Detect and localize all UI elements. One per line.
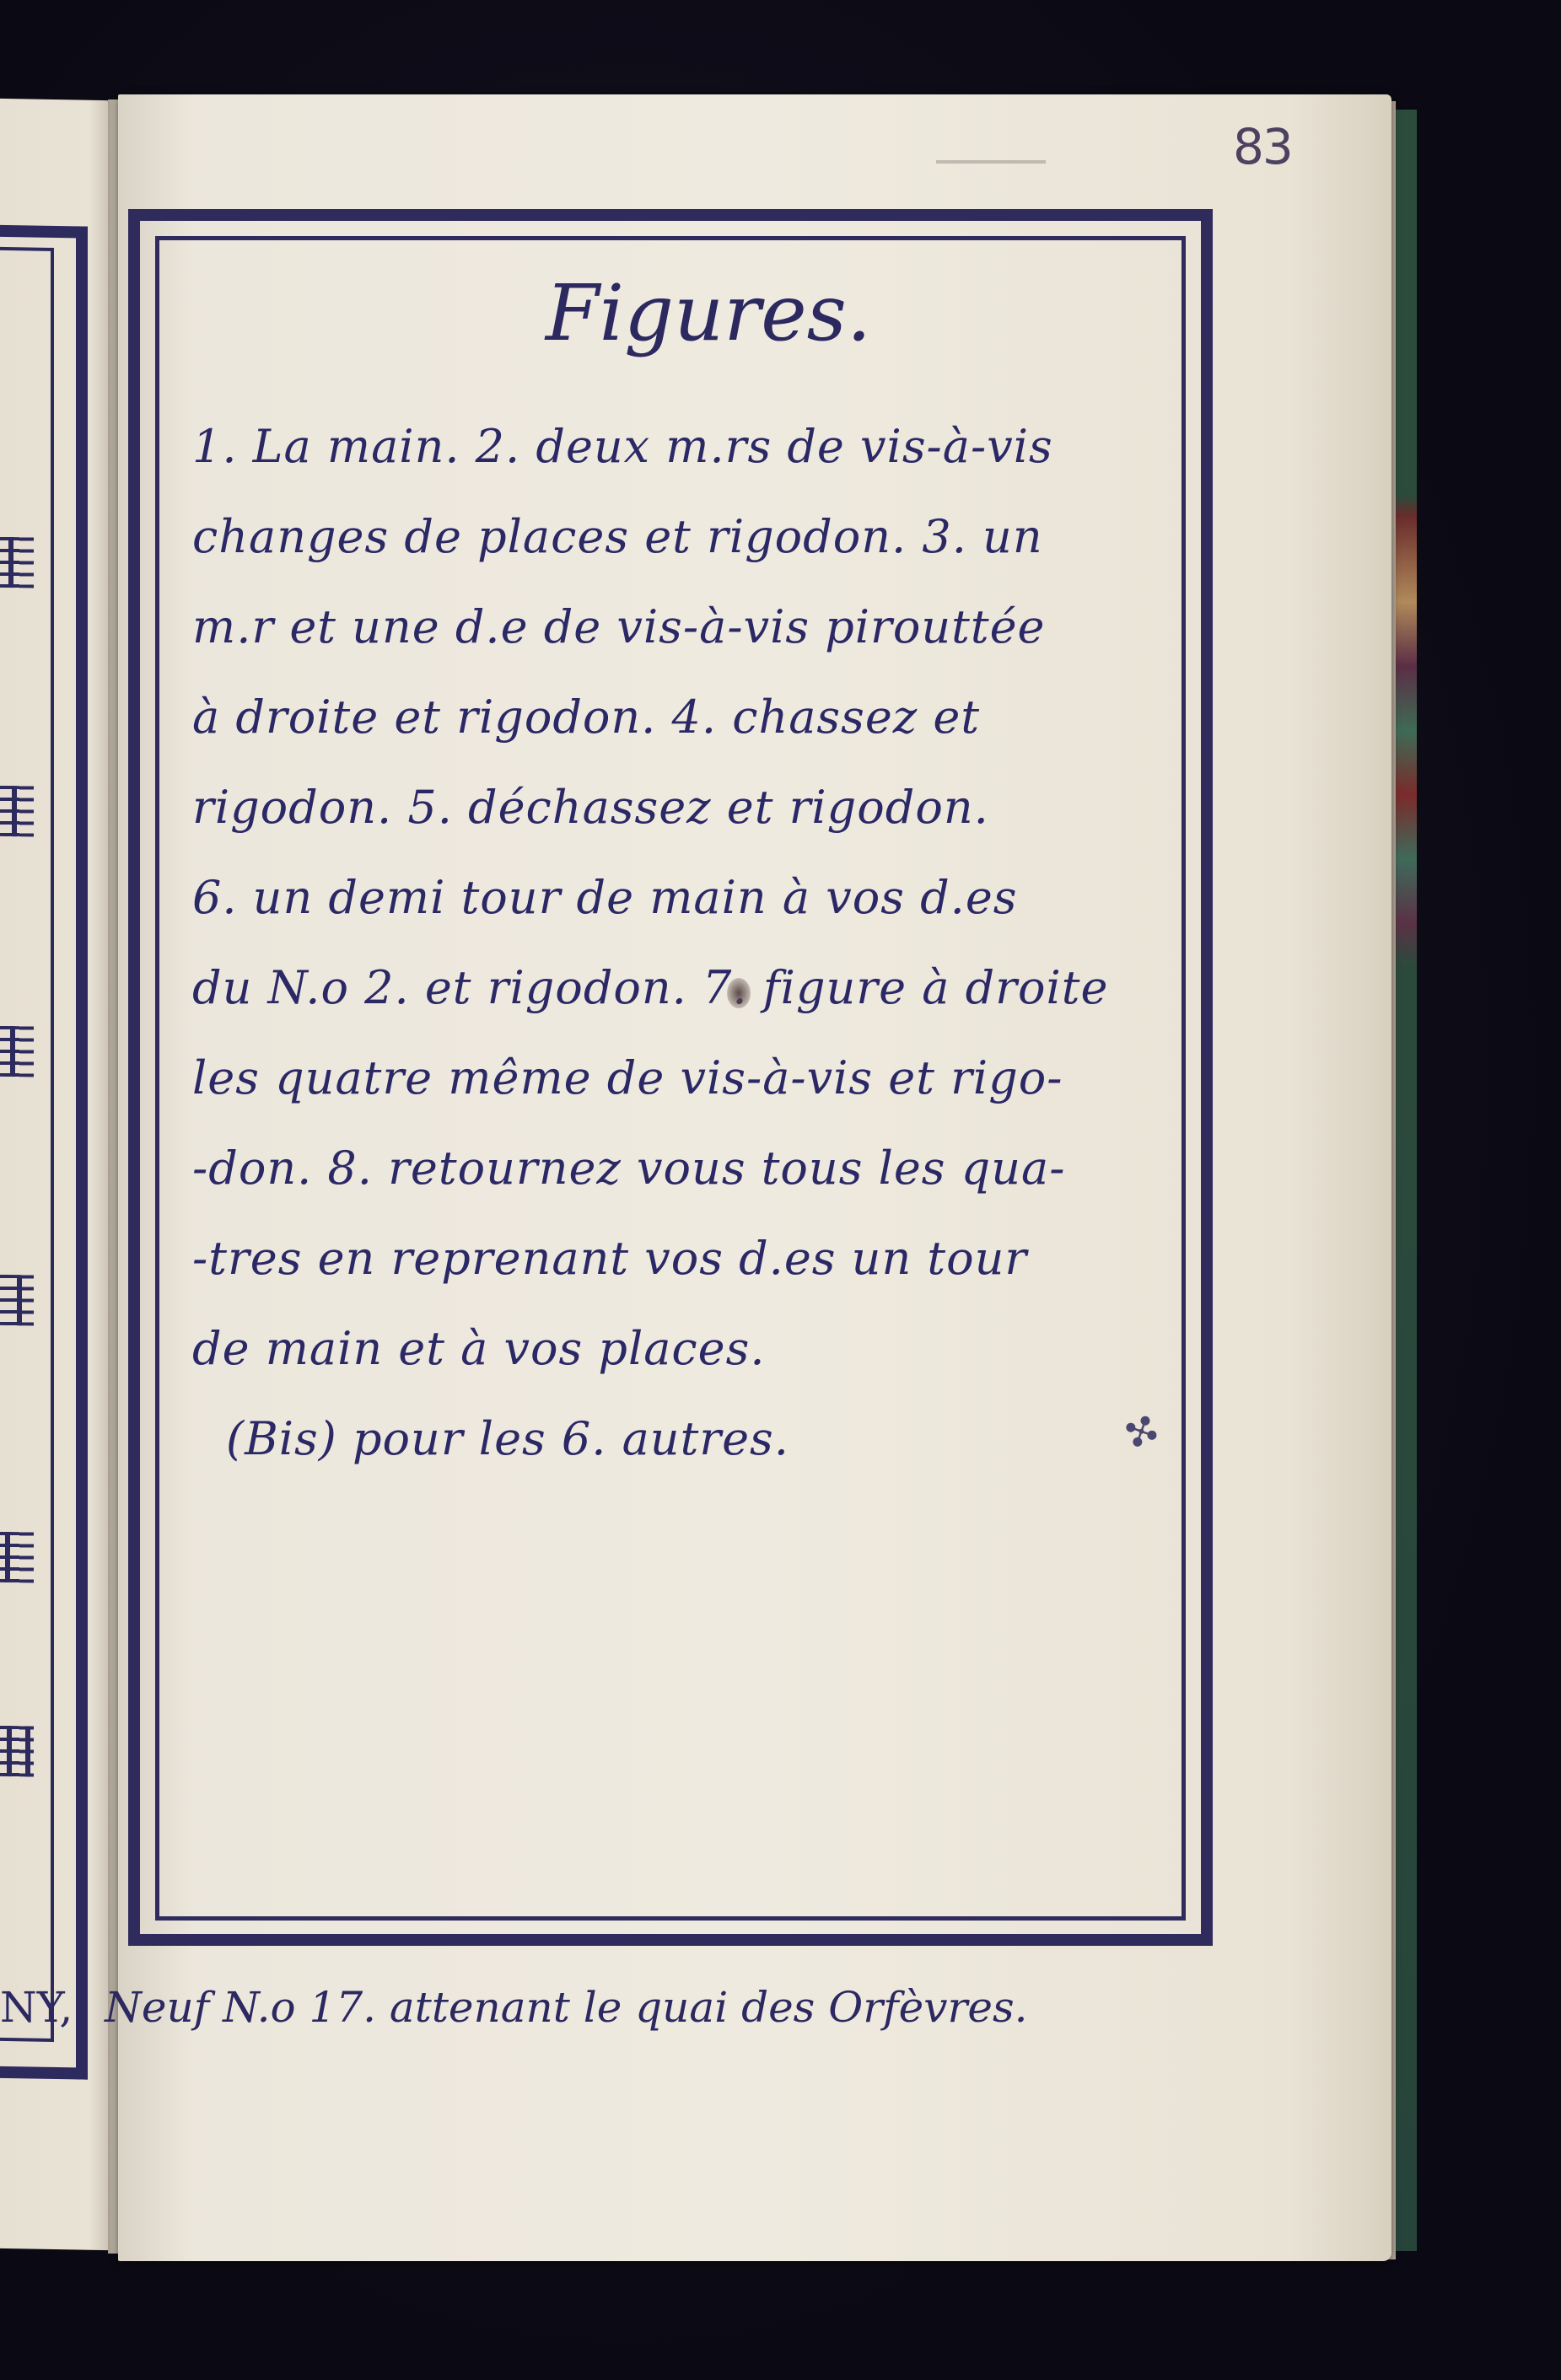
facing-page bbox=[0, 99, 111, 2250]
music-staff-fragment bbox=[0, 1726, 34, 1777]
text-line: du N.o 2. et rigodon. 7. figure à droite bbox=[192, 943, 1204, 1033]
music-staff-fragment bbox=[0, 537, 34, 588]
imprint-left-fragment: NY, bbox=[0, 1983, 73, 2032]
music-staff-fragment bbox=[0, 1532, 34, 1583]
ink-stain bbox=[727, 978, 751, 1008]
music-staff-fragment bbox=[0, 1275, 34, 1326]
text-line: les quatre même de vis-à-vis et rigo- bbox=[192, 1033, 1204, 1123]
text-line: 6. un demi tour de main à vos d.es bbox=[192, 852, 1204, 943]
text-line: m.r et une d.e de vis-à-vis pirouttée bbox=[192, 582, 1204, 672]
text-line: de main et à vos places. bbox=[192, 1303, 1204, 1394]
text-line: 1. La main. 2. deux m.rs de vis-à-vis bbox=[192, 401, 1204, 492]
pencil-mark bbox=[936, 160, 1046, 164]
page-title: Figures. bbox=[472, 268, 945, 358]
imprint-line: NY, Neuf N.o 17. attenant le quai des Or… bbox=[0, 1983, 1028, 2032]
music-staff-fragment bbox=[0, 1026, 34, 1077]
text-line: à droite et rigodon. 4. chassez et bbox=[192, 672, 1204, 762]
page-number: 83 bbox=[1233, 118, 1292, 175]
text-line: -don. 8. retournez vous tous les qua- bbox=[192, 1123, 1204, 1213]
text-line: changes de places et rigodon. 3. un bbox=[192, 492, 1204, 582]
text-line: rigodon. 5. déchassez et rigodon. bbox=[192, 762, 1204, 852]
closing-line: (Bis) pour les 6. autres. bbox=[226, 1394, 1204, 1484]
body-text: 1. La main. 2. deux m.rs de vis-à-vis ch… bbox=[192, 401, 1204, 1484]
imprint-text: Neuf N.o 17. attenant le quai des Orfèvr… bbox=[105, 1983, 1027, 2032]
text-line: -tres en reprenant vos d.es un tour bbox=[192, 1213, 1204, 1303]
music-staff-fragment bbox=[0, 786, 34, 837]
